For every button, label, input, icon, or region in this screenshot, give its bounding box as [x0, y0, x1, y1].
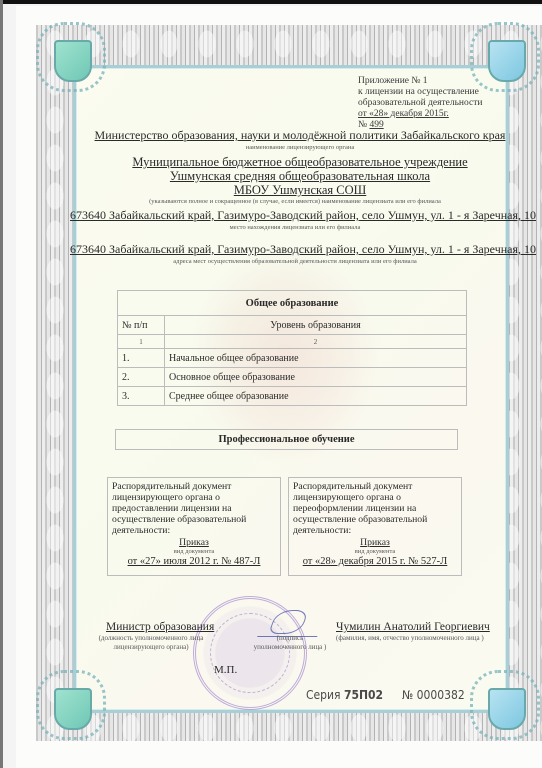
- table-row: 3. Среднее общее образование: [118, 387, 467, 406]
- document-type: Приказ: [293, 537, 457, 548]
- signatory-name: Чумилин Анатолий Георгиевич: [336, 621, 490, 633]
- table-title: Общее образование: [118, 291, 467, 316]
- corner-ornament-icon: [36, 670, 106, 740]
- form-series: Серия 75П02: [306, 688, 383, 702]
- licensee-address-caption: место нахождения лицензиата или его фили…: [70, 224, 520, 231]
- column-header-level: Уровень образования: [165, 316, 467, 335]
- column-index: 1: [118, 335, 165, 349]
- document-type-caption: вид документа: [293, 548, 457, 556]
- appendix-line: к лицензии на осуществление: [358, 87, 482, 98]
- signature-caption: (подпись уполномоченного лица ): [240, 634, 340, 652]
- scan-left-edge: [0, 0, 3, 768]
- appendix-header: Приложение № 1 к лицензии на осуществлен…: [358, 76, 482, 131]
- licensing-body-caption: наименование лицензирующего органа: [90, 144, 510, 151]
- table-row: 1. Начальное общее образование: [118, 349, 467, 368]
- column-header-number: № п/п: [118, 316, 165, 335]
- licensee-caption: (указываются полное и сокращенное (в слу…: [70, 198, 520, 205]
- licensee-address: 673640 Забайкальский край, Газимуро-Заво…: [70, 208, 520, 223]
- column-index: 2: [165, 335, 467, 349]
- table-row: 2. Основное общее образование: [118, 368, 467, 387]
- corner-ornament-icon: [470, 670, 540, 740]
- appendix-line: Приложение № 1: [358, 76, 482, 87]
- document-type-caption: вид документа: [112, 548, 276, 556]
- activity-address-caption: адреса мест осуществления образовательно…: [70, 258, 520, 265]
- signatory-name-caption: (фамилия, имя, отчество уполномоченного …: [336, 634, 484, 642]
- signature-icon: [257, 610, 327, 637]
- document-type: Приказ: [112, 537, 276, 548]
- form-number: № 0000382: [402, 688, 465, 702]
- professional-training-header: Профессиональное обучение: [115, 429, 458, 450]
- signatory-position: Министр образования: [106, 621, 214, 633]
- appendix-line: образовательной деятельности: [358, 98, 482, 109]
- order-box-issue: Распорядительный документ лицензирующего…: [107, 477, 281, 576]
- signatory-position-caption: (должность уполномоченного лица лицензир…: [96, 634, 206, 652]
- corner-ornament-icon: [36, 22, 106, 92]
- licensee-short-name: МБОУ Ушмунская СОШ: [90, 183, 510, 197]
- scan-top-edge: [0, 0, 542, 4]
- appendix-date: от «28» декабря 2015г.: [358, 109, 482, 120]
- general-education-table: Общее образование № п/п Уровень образова…: [117, 290, 467, 406]
- order-box-reissue: Распорядительный документ лицензирующего…: [288, 477, 462, 576]
- order-date: от «27» июля 2012 г. № 487-Л: [112, 556, 276, 567]
- seal-place-label: М.П.: [214, 664, 237, 676]
- licensee-name: Муниципальное бюджетное общеобразователь…: [90, 155, 510, 197]
- activity-address: 673640 Забайкальский край, Газимуро-Заво…: [70, 242, 520, 257]
- order-date: от «28» декабря 2015 г. № 527-Л: [293, 556, 457, 567]
- licensing-body-name: Министерство образования, науки и молодё…: [90, 128, 510, 143]
